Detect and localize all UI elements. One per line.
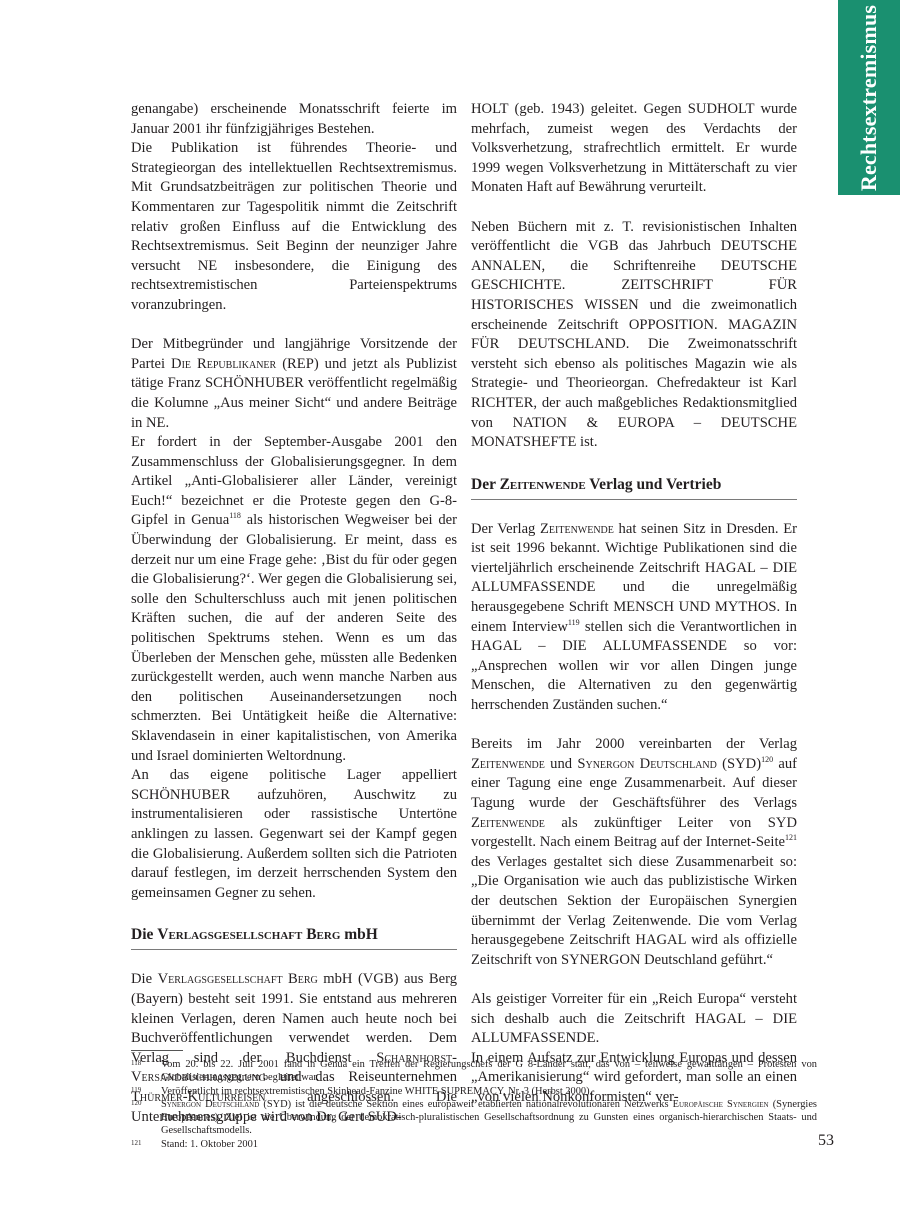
section-tab-label: Rechtsextremismus (856, 4, 882, 190)
right-column: HOLT (geb. 1943) geleitet. Gegen SUDHOLT… (471, 100, 797, 1108)
paragraph: Neben Büchern mit z. T. revisionistische… (471, 218, 797, 453)
paragraph: Er fordert in der September-Ausgabe 2001… (131, 433, 457, 766)
footnote-121: 121 Stand: 1. Oktober 2001 (131, 1138, 817, 1151)
footnote-divider (131, 1050, 183, 1051)
party-name: Die Republikaner (171, 356, 276, 372)
footnote-120: 120 Synergon Deutschland (SYD) ist die d… (131, 1098, 817, 1138)
footnote-ref-121[interactable]: 121 (785, 833, 797, 842)
footnote-118: 118 Vom 20. bis 22. Juli 2001 fand in Ge… (131, 1058, 817, 1085)
paragraph: Als geistiger Vorreiter für ein „Reich E… (471, 990, 797, 1049)
section-heading-vgb: Die Verlagsgesellschaft Berg mbH (131, 925, 457, 950)
page-number: 53 (818, 1132, 834, 1150)
footnote-ref-118[interactable]: 118 (229, 511, 241, 520)
footnote-ref-119[interactable]: 119 (568, 618, 580, 627)
paragraph: Die Publikation ist führendes Theorie- u… (131, 139, 457, 315)
paragraph: HOLT (geb. 1943) geleitet. Gegen SUDHOLT… (471, 100, 797, 198)
paragraph: Der Verlag Zeitenwende hat seinen Sitz i… (471, 520, 797, 716)
section-heading-zeitenwende: Der Zeitenwende Verlag und Vertrieb (471, 475, 797, 500)
paragraph: Der Mitbegründer und langjährige Vorsitz… (131, 335, 457, 433)
paragraph: genangabe) erscheinende Monatsschrift fe… (131, 100, 457, 139)
footnote-119: 119 Veröffentlicht im rechtsextremistisc… (131, 1085, 817, 1098)
footnote-ref-120[interactable]: 120 (761, 755, 773, 764)
left-column: genangabe) erscheinende Monatsschrift fe… (131, 100, 457, 1127)
paragraph: Bereits im Jahr 2000 vereinbarten der Ve… (471, 735, 797, 970)
section-tab: Rechtsextremismus (838, 0, 900, 195)
paragraph: An das eigene politische Lager appellier… (131, 766, 457, 903)
footnotes: 118 Vom 20. bis 22. Juli 2001 fand in Ge… (131, 1058, 817, 1151)
